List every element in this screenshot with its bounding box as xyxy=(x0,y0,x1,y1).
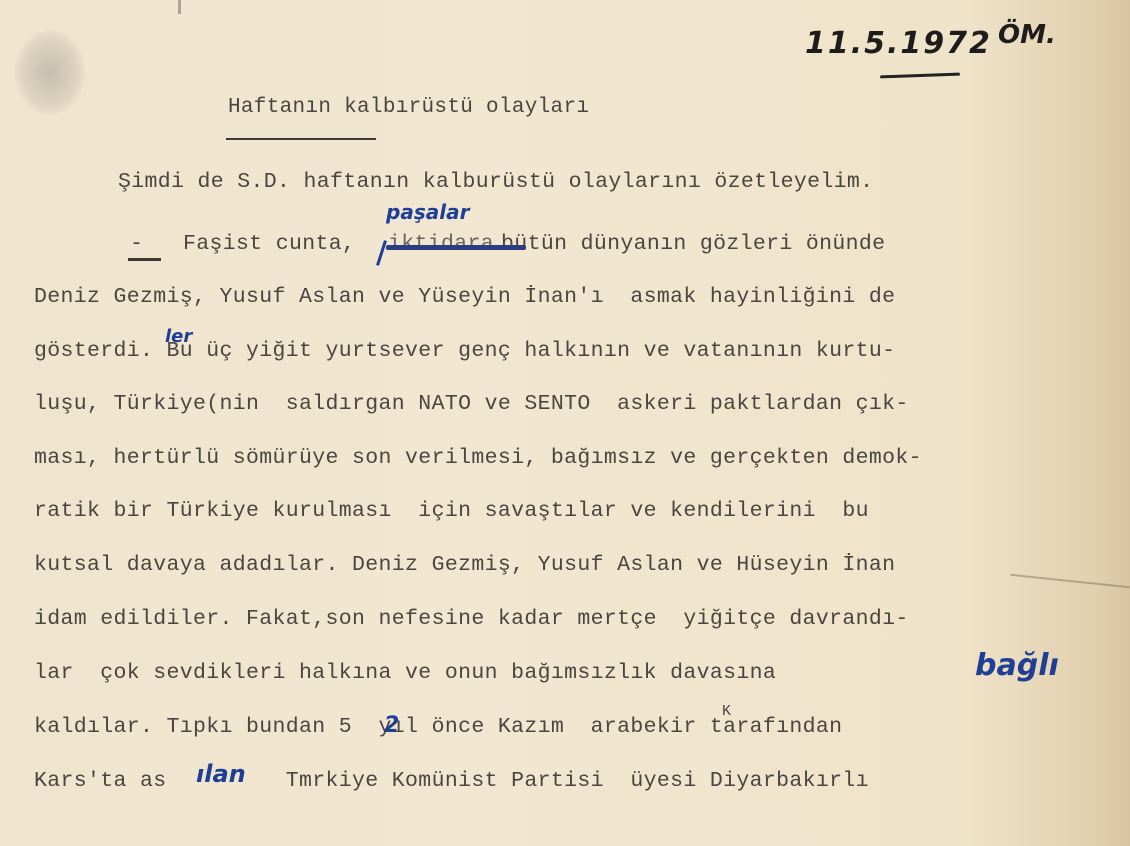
text-line-1: Şimdi de S.D. haftanın kalburüstü olayla… xyxy=(118,170,873,194)
handwritten-initials: ÖM. xyxy=(998,20,1056,50)
text-line-9: idam edildiler. Fakat,son nefesine kadar… xyxy=(34,607,909,631)
handwritten-insert-ler: ler xyxy=(165,326,192,347)
text-line-2: - Faşist cunta, bütün dünyanın gözleri ö… xyxy=(130,232,885,256)
text-line-3: Deniz Gezmiş, Yusuf Aslan ve Yüseyin İna… xyxy=(34,285,895,309)
date-underline xyxy=(880,73,960,79)
strikethrough xyxy=(386,245,526,250)
handwritten-date: 11.5.1972 xyxy=(805,26,992,61)
paper-crease xyxy=(1010,574,1130,589)
handwritten-digit-correction: 2 xyxy=(384,713,399,738)
text-line-12: Kars'ta as Tmrkiye Komünist Partisi üyes… xyxy=(34,769,869,793)
handwritten-insert-pasalar: paşalar xyxy=(386,200,469,224)
text-line-7: ratik bir Türkiye kurulması için savaştı… xyxy=(34,499,869,523)
scanned-document-page: 11.5.1972 ÖM. Haftanın kalbırüstü olayla… xyxy=(0,0,1130,846)
struck-word-iktidara: iktidara xyxy=(388,232,494,256)
handwritten-correction-bagli: bağlı xyxy=(975,648,1059,683)
superscript-k: K xyxy=(722,703,731,720)
fingerprint-smudge xyxy=(15,30,85,115)
text-line-10: lar çok sevdikleri halkına ve onun bağım… xyxy=(34,661,869,685)
text-line-6: ması, hertürlü sömürüye son verilmesi, b… xyxy=(34,446,922,470)
text-line-4: gösterdi. Bu üç yiğit yurtsever genç hal… xyxy=(34,339,895,363)
handwritten-correction-asilan: ılan xyxy=(196,760,246,788)
title-underline xyxy=(226,138,376,140)
text-line-8: kutsal davaya adadılar. Deniz Gezmiş, Yu… xyxy=(34,553,895,577)
document-title: Haftanın kalbırüstü olayları xyxy=(228,96,589,119)
pencil-mark xyxy=(178,0,181,14)
text-line-5: luşu, Türkiye(nin saldırgan NATO ve SENT… xyxy=(34,392,909,416)
dash-underline xyxy=(128,258,161,261)
